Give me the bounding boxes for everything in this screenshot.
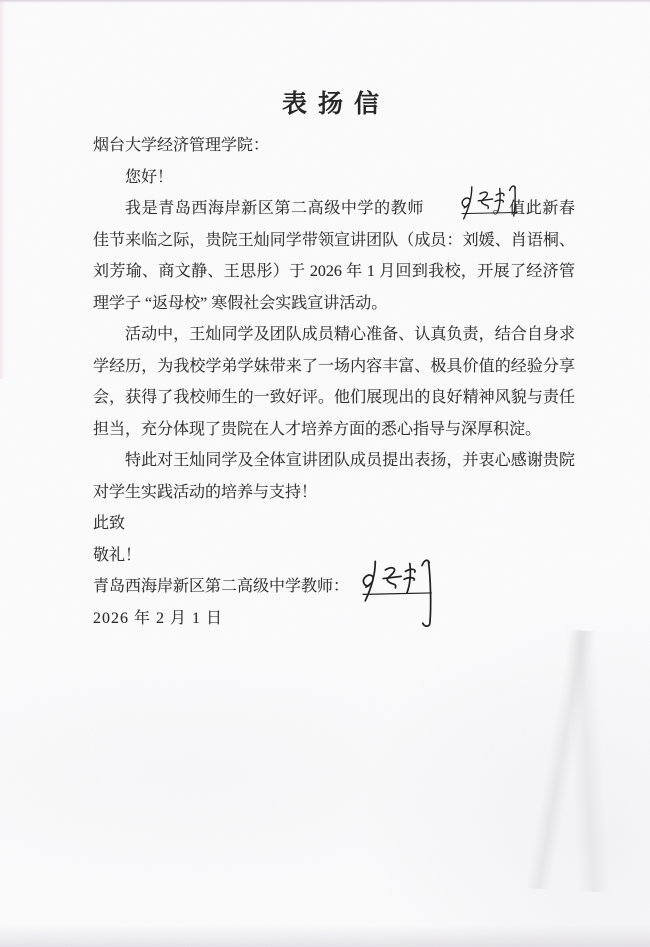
paper-bottom-edge-shadow [0,925,650,947]
paper-crease [503,627,626,892]
closing-regards: 敬礼！ [93,540,575,572]
handwritten-signature-icon [353,557,445,603]
signer-title: 青岛西海岸新区第二高级中学教师： [93,578,349,595]
paragraph-1-before-signature: 我是青岛西海岸新区第二高级中学的教师 [125,200,424,217]
closing-salute: 此致 [93,508,575,540]
paper-top-edge-shadow [0,0,650,3]
recipient-line: 烟台大学经济管理学院： [93,130,575,162]
paragraph-1: 我是青岛西海岸新区第二高级中学的教师 。值此新春佳节来临之际，贵院王灿同学带领宣… [93,193,575,319]
paragraph-2: 活动中，王灿同学及团队成员精心准备、认真负责，结合自身求学经历，为我校学弟学妹带… [93,319,575,445]
scanned-letter-page: 表扬信 烟台大学经济管理学院： 您好！ 我是青岛西海岸新区第二高级中学的教师 。… [0,0,650,947]
paper-left-edge-tint [0,0,5,379]
letter-title: 表扬信 [84,84,577,120]
date-line: 2026 年 2 月 1 日 [93,603,575,635]
paragraph-3: 特此对王灿同学及全体宣讲团队成员提出表扬，并衷心感谢贵院对学生实践活动的培养与支… [93,445,575,508]
handwritten-signature-icon [427,179,491,225]
signoff-line: 青岛西海岸新区第二高级中学教师： [93,571,575,603]
letter-body: 烟台大学经济管理学院： 您好！ 我是青岛西海岸新区第二高级中学的教师 。值此新春… [93,130,575,634]
